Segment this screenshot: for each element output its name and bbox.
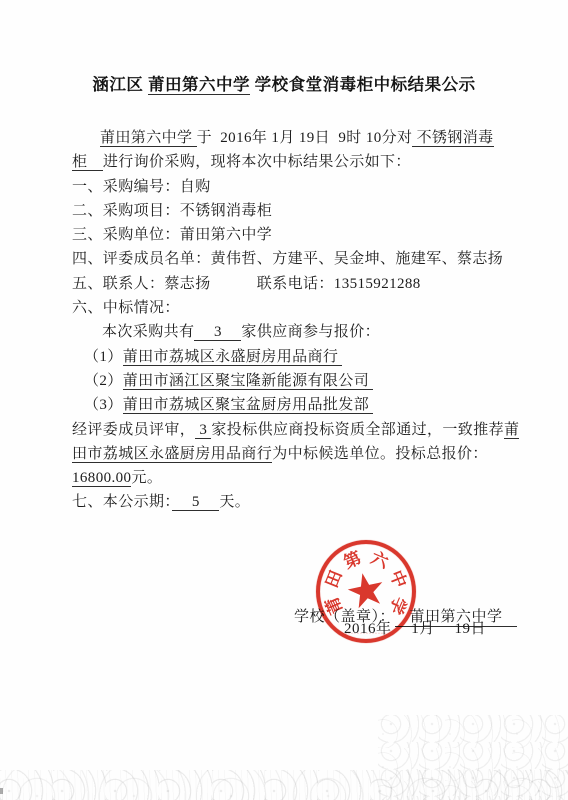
scan-edge-speck (0, 788, 3, 794)
text-segment: 五、联系人：蔡志扬 联系电话：13515921288 (72, 276, 421, 292)
underlined-text: 柜 (72, 154, 103, 171)
text-line: 田市荔城区永盛厨房用品商行为中标候选单位。投标总报价： (72, 442, 540, 466)
text-segment: 六、中标情况： (72, 300, 180, 316)
text-segment: （2） (84, 373, 123, 389)
text-line: 五、联系人：蔡志扬 联系电话：13515921288 (72, 272, 540, 296)
text-segment: 天。 (219, 494, 250, 510)
text-segment: 四、评委成员名单：黄伟哲、方建平、吴金坤、施建军、蔡志扬 (72, 251, 503, 267)
text-segment: 进行询价采购，现将本次中标结果公示如下： (103, 154, 411, 170)
underlined-text: 田市荔城区永盛厨房用品商行 (72, 446, 272, 463)
seal-serial-marks: ·············· (345, 631, 387, 637)
text-segment: 二、采购项目：不锈钢消毒柜 (72, 203, 272, 219)
text-segment: 元。 (131, 470, 162, 486)
text-segment: 学校食堂消毒柜中标结果公示 (250, 75, 476, 94)
text-line: 本次采购共有 3 家供应商参与报价： (72, 320, 540, 344)
text-segment: 涵江区 (92, 75, 148, 94)
underlined-text: 不锈钢消毒 (412, 130, 493, 147)
text-line: 三、采购单位：莆田第六中学 (72, 223, 540, 247)
text-segment: 本次采购共有 (102, 324, 194, 340)
text-line: 六、中标情况： (72, 296, 540, 320)
text-line: （1）莆田市荔城区永盛厨房用品商行 (72, 345, 540, 369)
scanned-document-page: 涵江区 莆田第六中学 学校食堂消毒柜中标结果公示 莆田第六中学 于 2016年 … (0, 0, 568, 800)
text-line: 二、采购项目：不锈钢消毒柜 (72, 199, 540, 223)
text-segment: 于 2016年 1月 19日 9时 10分对 (197, 130, 413, 146)
text-line: 莆田第六中学 于 2016年 1月 19日 9时 10分对 不锈钢消毒 (72, 126, 540, 150)
scan-noise-bottom-right (378, 715, 568, 800)
underlined-text: 莆田市荔城区永盛厨房用品商行 (123, 349, 343, 366)
text-segment: 三、采购单位：莆田第六中学 (72, 227, 272, 243)
underlined-text: 莆田第六中学 (148, 75, 250, 95)
text-line: 七、本公示期： 5 天。 (72, 490, 540, 514)
text-segment: 七、本公示期： (72, 494, 172, 510)
text-segment: 家供应商参与报价： (241, 324, 380, 340)
text-segment: 家投标供应商投标资质全部通过，一致推荐 (211, 422, 504, 438)
text-segment: 为中标候选单位。投标总报价： (272, 446, 488, 462)
underlined-text: 莆田市涵江区聚宝隆新能源有限公司 (123, 373, 374, 390)
document-body: 莆田第六中学 于 2016年 1月 19日 9时 10分对 不锈钢消毒柜 进行询… (72, 126, 540, 515)
underlined-text: 3 (194, 324, 241, 341)
document-title: 涵江区 莆田第六中学 学校食堂消毒柜中标结果公示 (0, 71, 568, 95)
text-line: 经评委成员评审， 3 家投标供应商投标资质全部通过，一致推荐莆 (72, 418, 540, 442)
underlined-text: 3 (195, 422, 211, 439)
text-segment: 一、采购编号：自购 (72, 179, 211, 195)
seal-character: 中 (385, 566, 411, 592)
text-line: 四、评委成员名单：黄伟哲、方建平、吴金坤、施建军、蔡志扬 (72, 247, 540, 271)
text-line: （2）莆田市涵江区聚宝隆新能源有限公司 (72, 369, 540, 393)
underlined-text: 16800.00 (72, 470, 131, 487)
text-line: 柜 进行询价采购，现将本次中标结果公示如下： (72, 150, 540, 174)
underlined-text: 莆田第六中学 (100, 130, 197, 147)
underlined-text: 莆 (504, 422, 519, 439)
text-line: （3）莆田市荔城区聚宝盆厨房用品批发部 (72, 393, 540, 417)
text-line: 16800.00元。 (72, 466, 540, 490)
text-segment: （1） (84, 349, 123, 365)
text-segment: （3） (84, 397, 123, 413)
underlined-text: 5 (172, 494, 219, 511)
text-line: 一、采购编号：自购 (72, 175, 540, 199)
underlined-text: 莆田市荔城区聚宝盆厨房用品批发部 (123, 397, 374, 414)
text-segment: 经评委成员评审， (72, 422, 195, 438)
seal-character: 莆 (322, 592, 348, 618)
official-seal-stamp: 莆田第六中学 ★ ·············· (316, 540, 416, 643)
